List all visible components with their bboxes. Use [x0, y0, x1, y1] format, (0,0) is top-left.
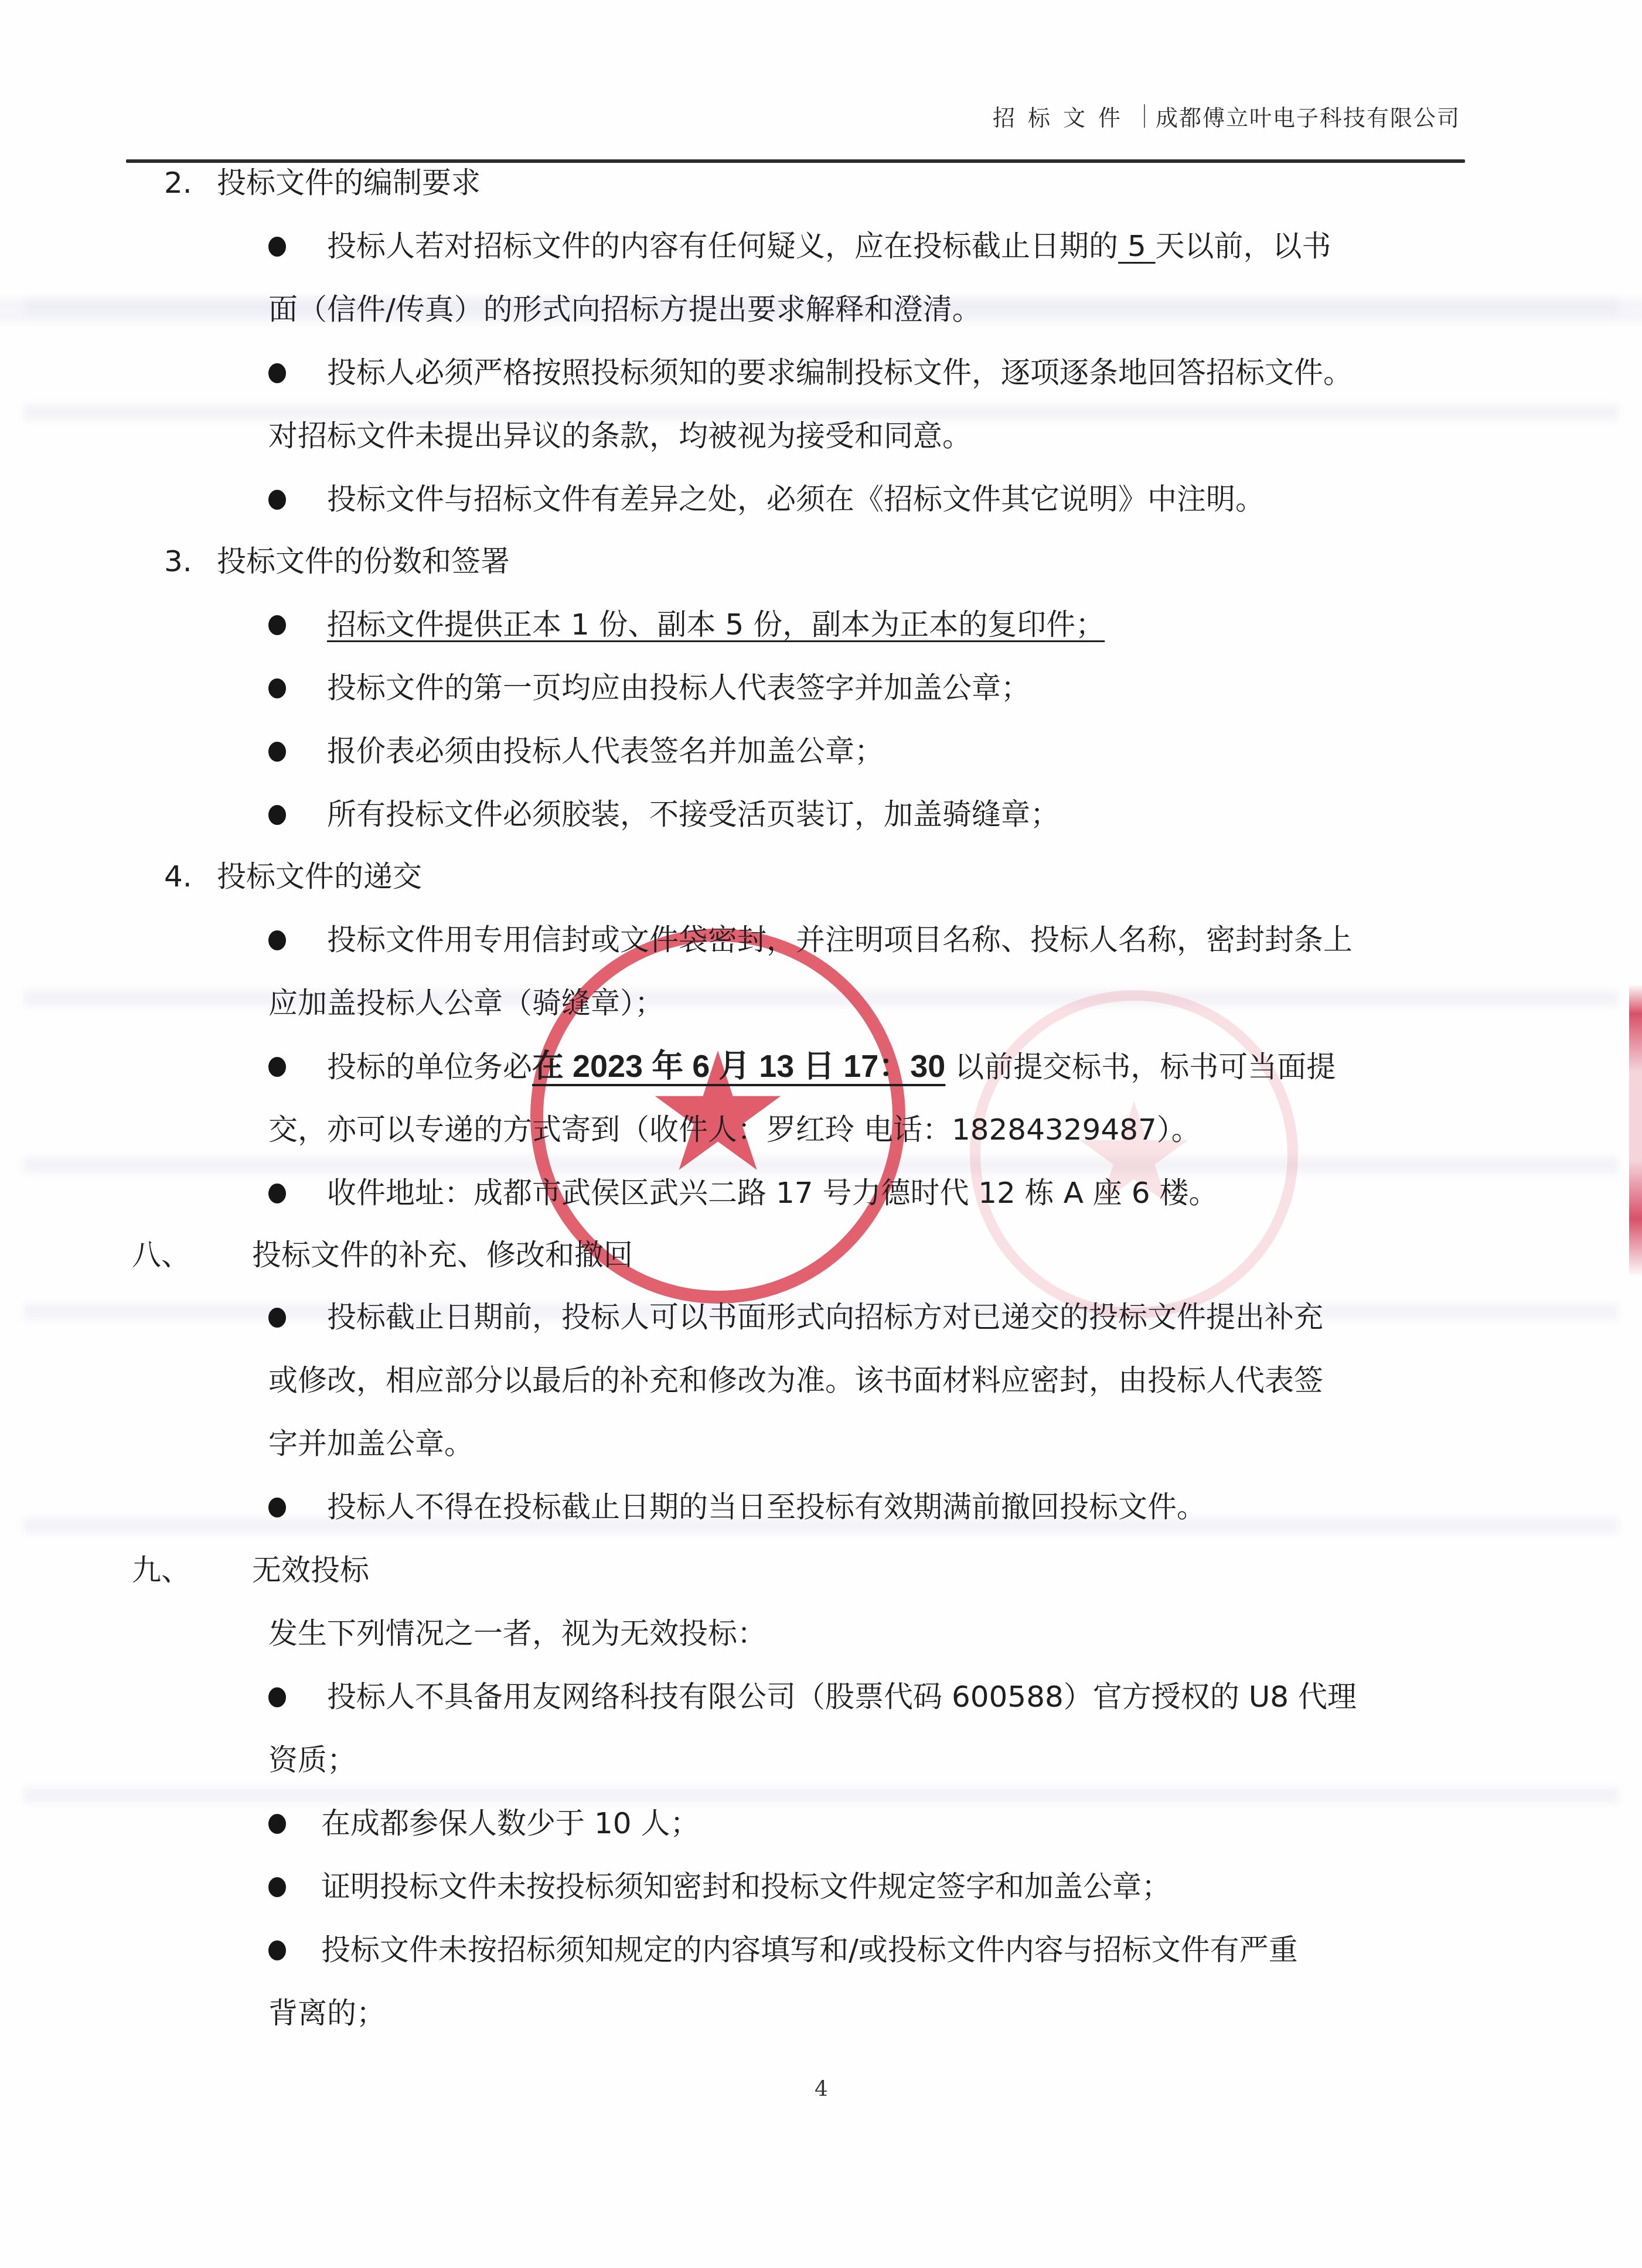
section-heading-8: 八、投标文件的补充、修改和撤回 [132, 1237, 633, 1273]
list-item-continuation: 对招标文件未提出异议的条款，均被视为接受和同意。 [268, 418, 972, 453]
bullet-icon [268, 805, 286, 825]
list-item-continuation: 应加盖投标人公章（骑缝章）； [268, 985, 664, 1021]
scan-bleed [23, 1157, 1619, 1174]
section-heading-2: 2.投标文件的编制要求 [164, 165, 481, 200]
section-intro: 发生下列情况之一者，视为无效投标： [268, 1616, 767, 1651]
submission-deadline: 在 2023 年 6 月 13 日 17：30 [532, 1049, 945, 1084]
bullet-icon [268, 615, 286, 635]
header-separator [1144, 104, 1145, 128]
bullet-icon [268, 930, 286, 950]
page-number: 4 [815, 2077, 828, 2101]
bullet-icon [268, 1940, 286, 1960]
bullet-icon [268, 1184, 286, 1203]
bullet-icon [268, 1057, 286, 1077]
section-heading-9: 九、无效投标 [132, 1553, 369, 1588]
days-value: 5 [1118, 229, 1156, 263]
header-company: 成都傅立叶电子科技有限公司 [1156, 100, 1460, 132]
document-page: 招标文件 成都傅立叶电子科技有限公司 ★ ★ 2.投标文件的编制要求 投标人若对… [0, 0, 1642, 2268]
bullet-icon [268, 363, 286, 383]
bullet-icon [268, 678, 286, 698]
scan-bleed [23, 990, 1619, 1007]
scan-bleed [23, 1787, 1619, 1803]
list-item-continuation: 字并加盖公章。 [268, 1426, 473, 1461]
page-header: 招标文件 成都傅立叶电子科技有限公司 [993, 100, 1460, 132]
bullet-icon [268, 1308, 286, 1328]
bullet-icon [268, 237, 286, 257]
bullet-icon [268, 490, 286, 510]
header-doc-type: 招标文件 [993, 100, 1133, 132]
list-item-continuation: 或修改，相应部分以最后的补充和修改为准。该书面材料应密封，由投标人代表签 [268, 1363, 1323, 1398]
bullet-icon [268, 1814, 286, 1834]
star-icon: ★ [1071, 1072, 1197, 1236]
list-item-continuation: 面（信件/传真）的形式向招标方提出要求解释和澄清。 [268, 292, 982, 327]
list-item-continuation: 交，亦可以专递的方式寄到（收件人：罗红玲 电话：18284329487）。 [268, 1112, 1201, 1147]
bullet-icon [268, 1498, 286, 1517]
bullet-icon [268, 1877, 286, 1897]
bullet-icon [268, 742, 286, 762]
faded-seal-bleedthrough: ★ [970, 990, 1298, 1318]
header-rule [126, 159, 1465, 163]
section-heading-3: 3.投标文件的份数和签署 [164, 544, 510, 579]
paging-seal-edge [1629, 984, 1642, 1277]
list-item-continuation: 资质； [268, 1742, 356, 1778]
bullet-icon [268, 1687, 286, 1707]
list-item-continuation: 背离的； [268, 1996, 386, 2031]
section-heading-4: 4.投标文件的递交 [164, 859, 422, 894]
